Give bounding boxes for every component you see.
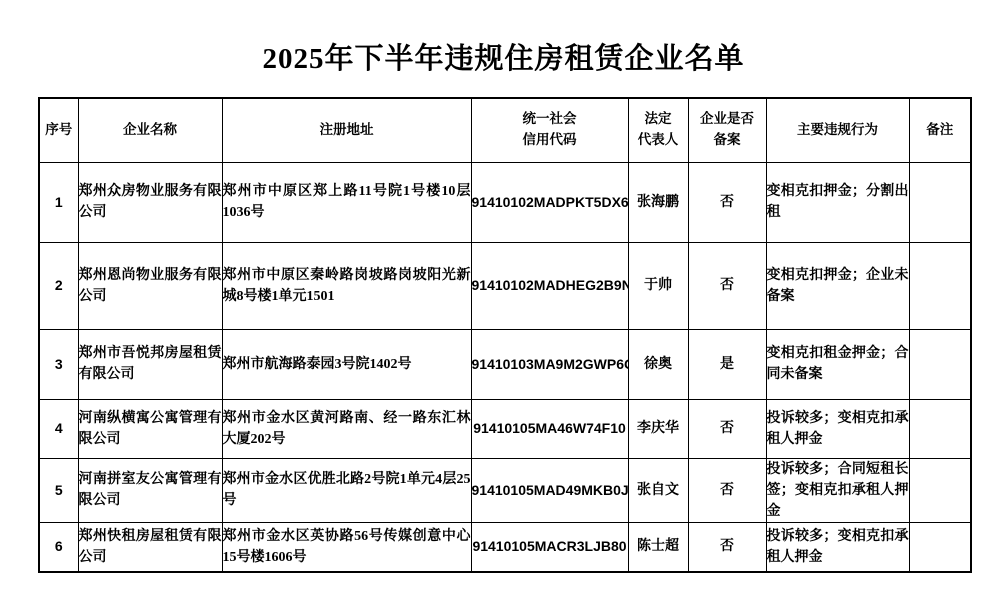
company-name-cell: 河南拼室友公寓管理有限公司 (78, 458, 222, 522)
seq-cell: 5 (39, 458, 78, 522)
address-cell: 郑州市金水区黄河路南、经一路东汇林大厦202号 (222, 399, 471, 458)
violations-cell: 投诉较多；变相克扣承租人押金 (766, 522, 909, 572)
legal-rep-cell: 张海鹏 (628, 162, 688, 242)
legal-rep-cell: 张自文 (628, 458, 688, 522)
filed-status-cell: 否 (688, 522, 766, 572)
remarks-cell (909, 162, 971, 242)
seq-cell: 6 (39, 522, 78, 572)
header-filed-status: 企业是否 备案 (688, 98, 766, 162)
table-row: 2 郑州恩尚物业服务有限公司 郑州市中原区秦岭路岗坡路岗坡阳光新城8号楼1单元1… (39, 242, 971, 329)
remarks-cell (909, 399, 971, 458)
credit-code-cell: 91410105MACR3LJB80 (471, 522, 628, 572)
table-row: 4 河南纵横寓公寓管理有限公司 郑州市金水区黄河路南、经一路东汇林大厦202号 … (39, 399, 971, 458)
header-address: 注册地址 (222, 98, 471, 162)
header-remarks: 备注 (909, 98, 971, 162)
address-cell: 郑州市金水区优胜北路2号院1单元4层25号 (222, 458, 471, 522)
header-credit-code: 统一社会 信用代码 (471, 98, 628, 162)
table-row: 1 郑州众房物业服务有限公司 郑州市中原区郑上路11号院1号楼10层1036号 … (39, 162, 971, 242)
table-header-row: 序号 企业名称 注册地址 统一社会 信用代码 法定 代表人 企业是否 备案 主要… (39, 98, 971, 162)
company-name-cell: 郑州市吾悦邦房屋租赁有限公司 (78, 329, 222, 399)
credit-code-cell: 91410105MA46W74F10 (471, 399, 628, 458)
address-cell: 郑州市航海路泰园3号院1402号 (222, 329, 471, 399)
legal-rep-cell: 陈士超 (628, 522, 688, 572)
violation-companies-table: 序号 企业名称 注册地址 统一社会 信用代码 法定 代表人 企业是否 备案 主要… (38, 97, 972, 573)
address-cell: 郑州市中原区郑上路11号院1号楼10层1036号 (222, 162, 471, 242)
header-violations: 主要违规行为 (766, 98, 909, 162)
header-seq: 序号 (39, 98, 78, 162)
violations-cell: 变相克扣押金；分割出租 (766, 162, 909, 242)
document-page: 2025年下半年违规住房租赁企业名单 序号 企业名称 注册地址 统一社会 信用代… (0, 0, 1007, 606)
legal-rep-cell: 李庆华 (628, 399, 688, 458)
header-company-name: 企业名称 (78, 98, 222, 162)
credit-code-cell: 91410102MADHEG2B9N (471, 242, 628, 329)
violations-cell: 变相克扣租金押金；合同未备案 (766, 329, 909, 399)
remarks-cell (909, 329, 971, 399)
company-name-cell: 郑州快租房屋租赁有限公司 (78, 522, 222, 572)
header-legal-rep: 法定 代表人 (628, 98, 688, 162)
address-cell: 郑州市中原区秦岭路岗坡路岗坡阳光新城8号楼1单元1501 (222, 242, 471, 329)
seq-cell: 3 (39, 329, 78, 399)
remarks-cell (909, 242, 971, 329)
violations-cell: 投诉较多；变相克扣承租人押金 (766, 399, 909, 458)
address-cell: 郑州市金水区英协路56号传媒创意中心15号楼1606号 (222, 522, 471, 572)
filed-status-cell: 否 (688, 242, 766, 329)
page-title: 2025年下半年违规住房租赁企业名单 (0, 36, 1007, 77)
remarks-cell (909, 458, 971, 522)
company-name-cell: 郑州恩尚物业服务有限公司 (78, 242, 222, 329)
violations-cell: 投诉较多；合同短租长签；变相克扣承租人押金 (766, 458, 909, 522)
table-row: 6 郑州快租房屋租赁有限公司 郑州市金水区英协路56号传媒创意中心15号楼160… (39, 522, 971, 572)
company-name-cell: 郑州众房物业服务有限公司 (78, 162, 222, 242)
seq-cell: 1 (39, 162, 78, 242)
seq-cell: 2 (39, 242, 78, 329)
legal-rep-cell: 徐奥 (628, 329, 688, 399)
remarks-cell (909, 522, 971, 572)
table-row: 3 郑州市吾悦邦房屋租赁有限公司 郑州市航海路泰园3号院1402号 914101… (39, 329, 971, 399)
credit-code-cell: 91410103MA9M2GWP6G (471, 329, 628, 399)
table-row: 5 河南拼室友公寓管理有限公司 郑州市金水区优胜北路2号院1单元4层25号 91… (39, 458, 971, 522)
credit-code-cell: 91410102MADPKT5DX6 (471, 162, 628, 242)
seq-cell: 4 (39, 399, 78, 458)
violations-cell: 变相克扣押金；企业未备案 (766, 242, 909, 329)
filed-status-cell: 否 (688, 399, 766, 458)
filed-status-cell: 是 (688, 329, 766, 399)
company-name-cell: 河南纵横寓公寓管理有限公司 (78, 399, 222, 458)
filed-status-cell: 否 (688, 458, 766, 522)
credit-code-cell: 91410105MAD49MKB0J (471, 458, 628, 522)
filed-status-cell: 否 (688, 162, 766, 242)
legal-rep-cell: 于帅 (628, 242, 688, 329)
